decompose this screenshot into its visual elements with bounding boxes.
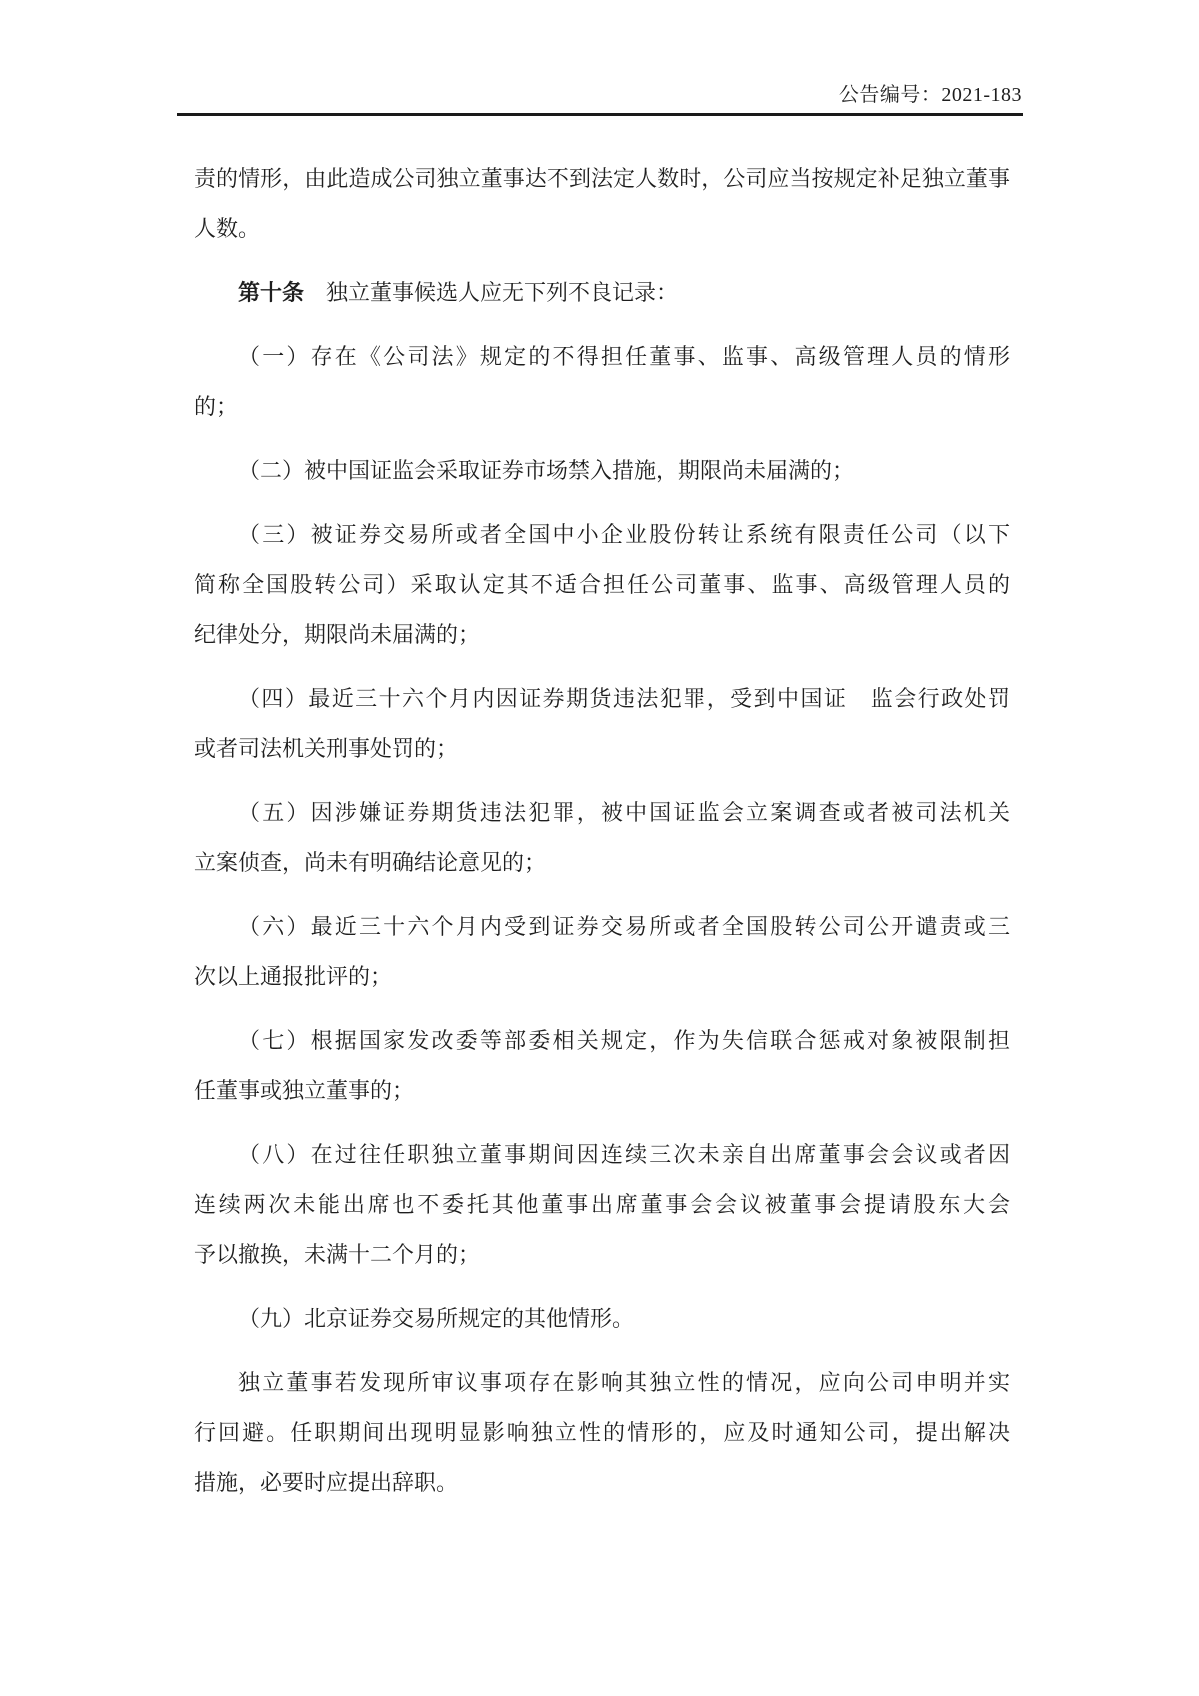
paragraph: 独立董事若发现所审议事项存在影响其独立性的情况，应向公司申明并实行回避。任职期间…	[194, 1358, 1010, 1508]
text-line: 措施，必要时应提出辞职。	[194, 1458, 1010, 1508]
text-run: 措施，必要时应提出辞职。	[194, 1470, 458, 1495]
paragraph: （三）被证券交易所或者全国中小企业股份转让系统有限责任公司（以下简称全国股转公司…	[194, 510, 1010, 660]
text-line: 行回避。任职期间出现明显影响独立性的情形的，应及时通知公司，提出解决	[194, 1408, 1010, 1458]
paragraph: （九）北京证券交易所规定的其他情形。	[194, 1294, 1010, 1344]
text-run: 简称全国股转公司）采取认定其不适合担任公司董事、监事、高级管理人员的	[194, 572, 1010, 597]
text-run: 连续两次未能出席也不委托其他董事出席董事会会议被董事会提请股东大会	[194, 1192, 1010, 1217]
text-run: （一）存在《公司法》规定的不得担任董事、监事、高级管理人员的情形	[238, 344, 1010, 369]
text-run: （七）根据国家发改委等部委相关规定，作为失信联合惩戒对象被限制担	[238, 1028, 1010, 1053]
text-run: 予以撤换，未满十二个月的；	[194, 1242, 480, 1267]
document-page: 公告编号：2021-183 责的情形，由此造成公司独立董事达不到法定人数时，公司…	[0, 0, 1199, 1696]
text-line: （三）被证券交易所或者全国中小企业股份转让系统有限责任公司（以下	[194, 510, 1010, 560]
text-run: （三）被证券交易所或者全国中小企业股份转让系统有限责任公司（以下	[238, 522, 1010, 547]
text-line: 立案侦查，尚未有明确结论意见的；	[194, 838, 1010, 888]
paragraph: （一）存在《公司法》规定的不得担任董事、监事、高级管理人员的情形的；	[194, 332, 1010, 432]
text-run: （五）因涉嫌证券期货违法犯罪，被中国证监会立案调查或者被司法机关	[238, 800, 1010, 825]
text-run: 或者司法机关刑事处罚的；	[194, 736, 458, 761]
text-run: 次以上通报批评的；	[194, 964, 392, 989]
text-run: 独立董事候选人应无下列不良记录：	[304, 280, 678, 305]
text-run: 责的情形，由此造成公司独立董事达不到法定人数时，公司应当按规定补足独立董事	[194, 166, 1010, 191]
text-run: （二）被中国证监会采取证券市场禁入措施，期限尚未届满的；	[238, 458, 854, 483]
text-run: （六）最近三十六个月内受到证券交易所或者全国股转公司公开谴责或三	[238, 914, 1010, 939]
announcement-number: 公告编号：2021-183	[177, 82, 1022, 108]
text-line: 次以上通报批评的；	[194, 952, 1010, 1002]
text-line: （六）最近三十六个月内受到证券交易所或者全国股转公司公开谴责或三	[194, 902, 1010, 952]
text-line: 责的情形，由此造成公司独立董事达不到法定人数时，公司应当按规定补足独立董事	[194, 154, 1010, 204]
paragraph: （八）在过往任职独立董事期间因连续三次未亲自出席董事会会议或者因连续两次未能出席…	[194, 1130, 1010, 1280]
text-run: （九）北京证券交易所规定的其他情形。	[238, 1306, 634, 1331]
text-line: 的；	[194, 382, 1010, 432]
text-line: （五）因涉嫌证券期货违法犯罪，被中国证监会立案调查或者被司法机关	[194, 788, 1010, 838]
text-line: （四）最近三十六个月内因证券期货违法犯罪，受到中国证 监会行政处罚	[194, 674, 1010, 724]
text-line: （一）存在《公司法》规定的不得担任董事、监事、高级管理人员的情形	[194, 332, 1010, 382]
text-run: （四）最近三十六个月内因证券期货违法犯罪，受到中国证 监会行政处罚	[238, 686, 1010, 711]
paragraph: 第十条 独立董事候选人应无下列不良记录：	[194, 268, 1010, 318]
text-line: 或者司法机关刑事处罚的；	[194, 724, 1010, 774]
text-run: 行回避。任职期间出现明显影响独立性的情形的，应及时通知公司，提出解决	[194, 1420, 1010, 1445]
text-line: 简称全国股转公司）采取认定其不适合担任公司董事、监事、高级管理人员的	[194, 560, 1010, 610]
text-line: （九）北京证券交易所规定的其他情形。	[194, 1294, 1010, 1344]
text-line: 予以撤换，未满十二个月的；	[194, 1230, 1010, 1280]
text-line: 人数。	[194, 204, 1010, 254]
text-run: （八）在过往任职独立董事期间因连续三次未亲自出席董事会会议或者因	[238, 1142, 1010, 1167]
text-line: 连续两次未能出席也不委托其他董事出席董事会会议被董事会提请股东大会	[194, 1180, 1010, 1230]
paragraph: （七）根据国家发改委等部委相关规定，作为失信联合惩戒对象被限制担任董事或独立董事…	[194, 1016, 1010, 1116]
text-line: （八）在过往任职独立董事期间因连续三次未亲自出席董事会会议或者因	[194, 1130, 1010, 1180]
paragraph: 责的情形，由此造成公司独立董事达不到法定人数时，公司应当按规定补足独立董事人数。	[194, 154, 1010, 254]
text-line: （七）根据国家发改委等部委相关规定，作为失信联合惩戒对象被限制担	[194, 1016, 1010, 1066]
header-divider-rule	[177, 113, 1023, 116]
text-run: 任董事或独立董事的；	[194, 1078, 414, 1103]
document-body: 责的情形，由此造成公司独立董事达不到法定人数时，公司应当按规定补足独立董事人数。…	[194, 154, 1010, 1522]
text-run: 立案侦查，尚未有明确结论意见的；	[194, 850, 546, 875]
paragraph: （四）最近三十六个月内因证券期货违法犯罪，受到中国证 监会行政处罚或者司法机关刑…	[194, 674, 1010, 774]
text-run: 独立董事若发现所审议事项存在影响其独立性的情况，应向公司申明并实	[238, 1370, 1010, 1395]
text-line: 纪律处分，期限尚未届满的；	[194, 610, 1010, 660]
article-number-term: 第十条	[238, 280, 304, 305]
text-line: 第十条 独立董事候选人应无下列不良记录：	[194, 268, 1010, 318]
paragraph: （五）因涉嫌证券期货违法犯罪，被中国证监会立案调查或者被司法机关立案侦查，尚未有…	[194, 788, 1010, 888]
paragraph: （六）最近三十六个月内受到证券交易所或者全国股转公司公开谴责或三次以上通报批评的…	[194, 902, 1010, 1002]
text-line: （二）被中国证监会采取证券市场禁入措施，期限尚未届满的；	[194, 446, 1010, 496]
text-line: 独立董事若发现所审议事项存在影响其独立性的情况，应向公司申明并实	[194, 1358, 1010, 1408]
text-line: 任董事或独立董事的；	[194, 1066, 1010, 1116]
text-run: 人数。	[194, 216, 260, 241]
text-run: 纪律处分，期限尚未届满的；	[194, 622, 480, 647]
text-run: 的；	[194, 394, 238, 419]
paragraph: （二）被中国证监会采取证券市场禁入措施，期限尚未届满的；	[194, 446, 1010, 496]
